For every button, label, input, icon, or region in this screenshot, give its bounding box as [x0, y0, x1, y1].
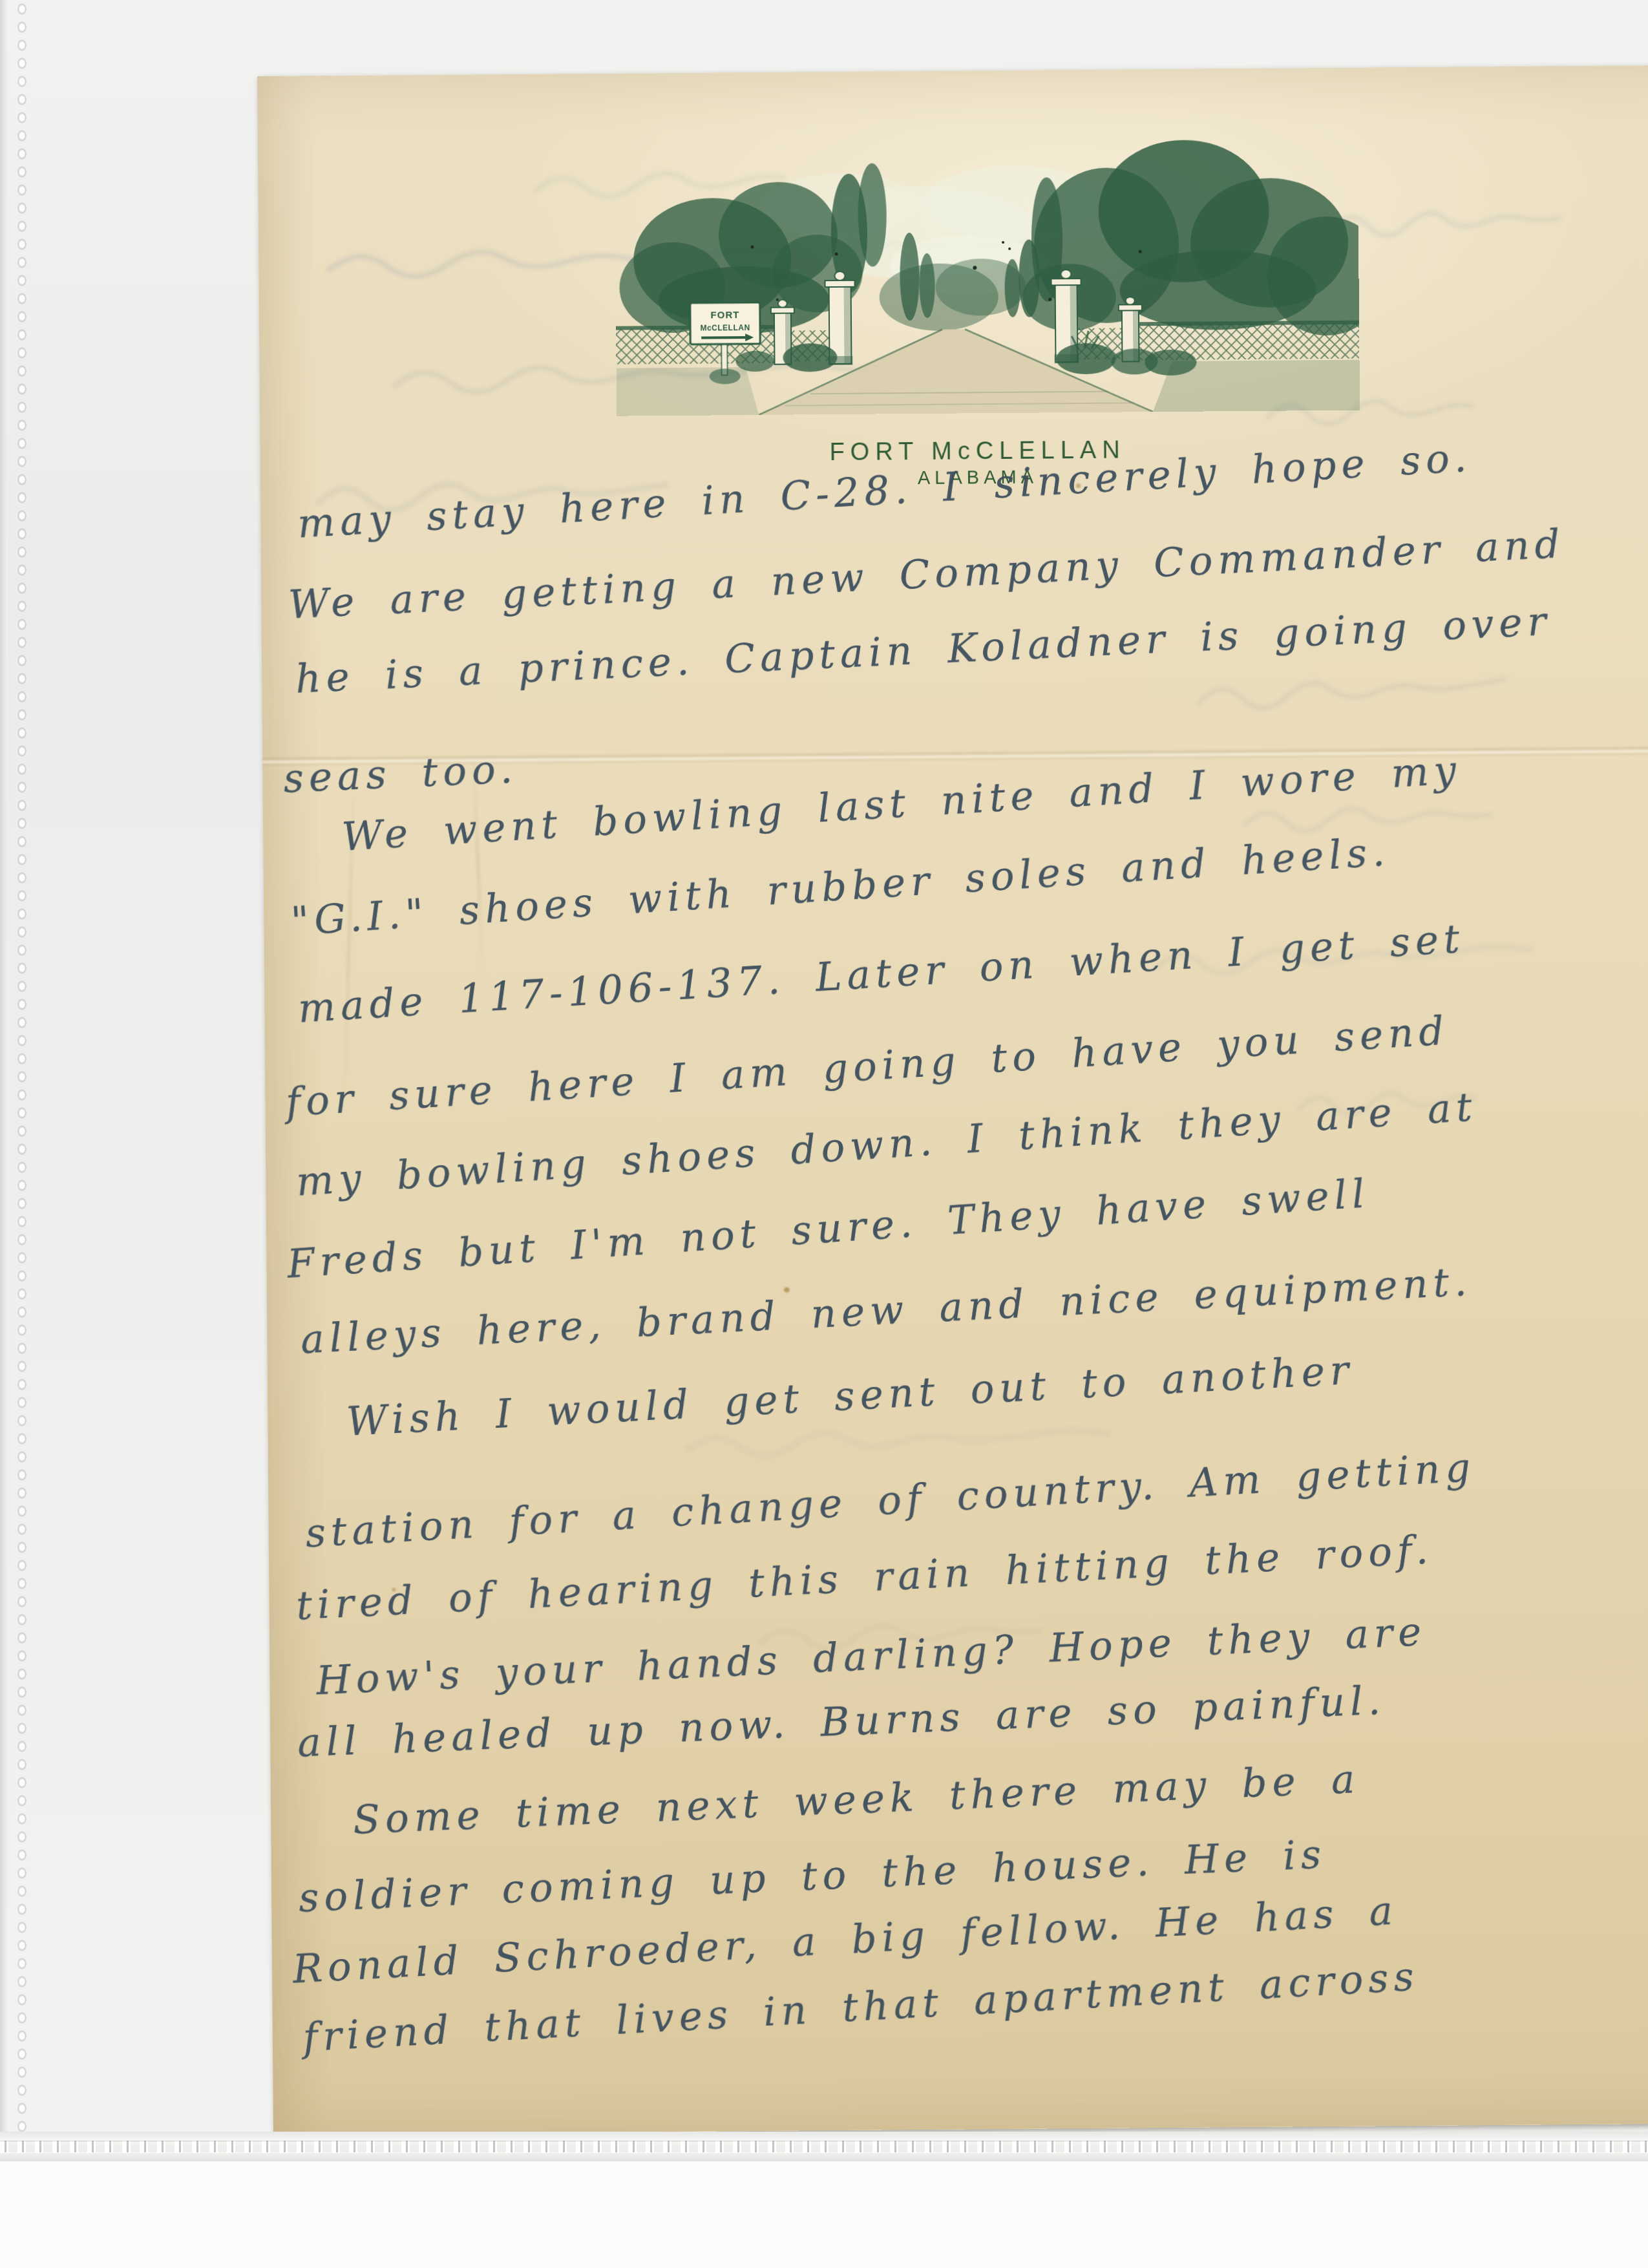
sign-text-line2: McCLELLAN — [700, 323, 750, 333]
seam-stitch-holes — [0, 2141, 1648, 2153]
sign-text-line1: FORT — [710, 310, 739, 321]
scan-bottom-margin — [0, 2161, 1648, 2268]
age-spot — [784, 1288, 790, 1293]
letter-paper: FORT McCLELLAN FORT McCLELLAN ALABAMA ma… — [257, 65, 1648, 2135]
sheet-protector-seam — [0, 2132, 1648, 2161]
bleed-stroke — [1199, 666, 1505, 719]
binder-edge-perforations — [5, 0, 36, 2268]
fort-gate-illustration: FORT McCLELLAN — [615, 132, 1360, 416]
bleed-stroke — [1331, 204, 1559, 246]
